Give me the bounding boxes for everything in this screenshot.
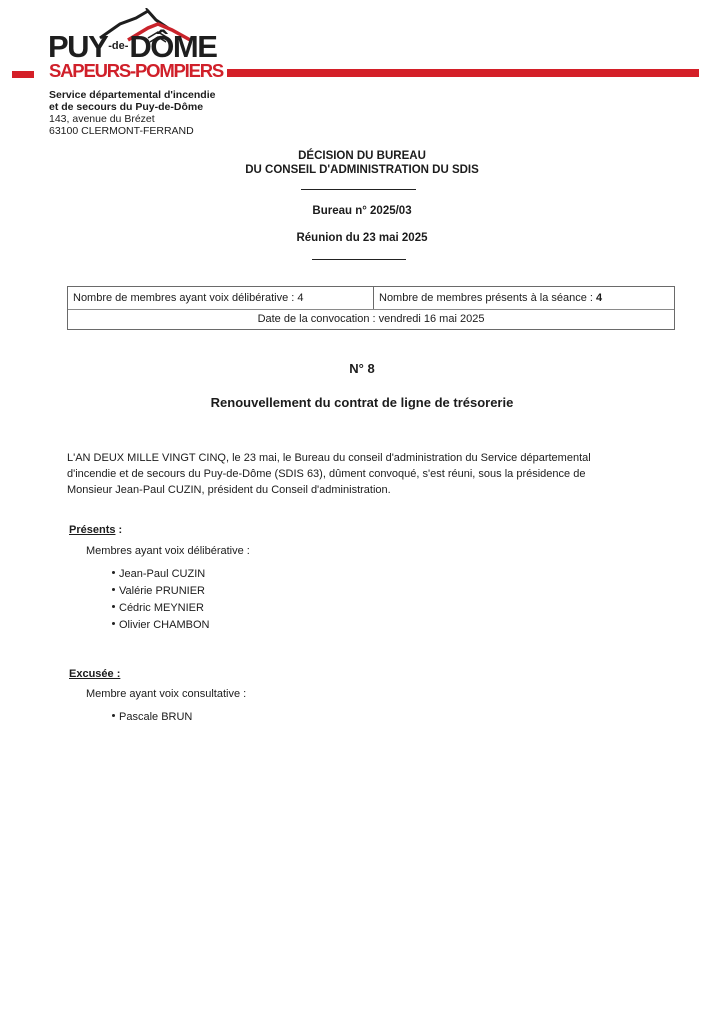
member-name: Cédric MEYNIER	[119, 602, 204, 614]
member-name: Jean-Paul CUZIN	[119, 568, 205, 580]
document-title: DÉCISION DU BUREAU DU CONSEIL D'ADMINIST…	[0, 149, 724, 177]
org-name-line-1: Service départemental d'incendie	[49, 89, 215, 101]
intro-line: L'AN DEUX MILLE VINGT CINQ, le 23 mai, l…	[67, 450, 657, 466]
org-name-line-2: et de secours du Puy-de-Dôme	[49, 101, 215, 113]
title-line-1: DÉCISION DU BUREAU	[0, 149, 724, 163]
bureau-number: Bureau n° 2025/03	[0, 205, 724, 217]
voting-members-label: Nombre de membres ayant voix délibérativ…	[73, 292, 297, 304]
meeting-date: Réunion du 23 mai 2025	[0, 232, 724, 244]
intro-line: Monsieur Jean-Paul CUZIN, président du C…	[67, 482, 657, 498]
present-subheading: Membres ayant voix délibérative :	[86, 545, 250, 557]
excused-heading: Excusée :	[69, 668, 120, 680]
present-members-label: Nombre de membres présents à la séance :	[379, 292, 596, 304]
bullet-icon	[112, 571, 115, 574]
bullet-icon	[112, 588, 115, 591]
list-item: Pascale BRUN	[112, 709, 192, 726]
decision-number: N° 8	[0, 361, 724, 376]
present-members-cell: Nombre de membres présents à la séance :…	[374, 287, 674, 309]
voting-members-value: 4	[297, 292, 303, 304]
member-name: Olivier CHAMBON	[119, 619, 209, 631]
divider	[312, 259, 406, 260]
attendance-table: Nombre de membres ayant voix délibérativ…	[67, 286, 675, 330]
intro-line: d'incendie et de secours du Puy-de-Dôme …	[67, 466, 657, 482]
brand-bar-left	[12, 71, 34, 78]
member-name: Valérie PRUNIER	[119, 585, 205, 597]
address-line-1: 143, avenue du Brézet	[49, 113, 215, 125]
list-item: Valérie PRUNIER	[112, 583, 205, 600]
title-line-2: DU CONSEIL D'ADMINISTRATION DU SDIS	[0, 163, 724, 177]
list-item: Olivier CHAMBON	[112, 617, 209, 634]
brand-bar-right	[227, 69, 699, 77]
logo-word-dome: DÔME	[129, 29, 216, 64]
list-item: Jean-Paul CUZIN	[112, 566, 205, 583]
logo-word-de: -de-	[108, 40, 128, 52]
member-name: Pascale BRUN	[119, 711, 192, 723]
logo-subtitle: SAPEURS-POMPIERS	[49, 62, 223, 81]
excused-heading-text: Excusée :	[69, 668, 120, 680]
address-line-2: 63100 CLERMONT-FERRAND	[49, 125, 215, 137]
intro-paragraph: L'AN DEUX MILLE VINGT CINQ, le 23 mai, l…	[67, 450, 657, 498]
logo-title: PUY-de-DÔME	[48, 31, 216, 62]
excused-subheading: Membre ayant voix consultative :	[86, 688, 246, 700]
bullet-icon	[112, 714, 115, 717]
logo-word-puy: PUY	[48, 29, 107, 64]
present-members-value: 4	[596, 292, 602, 304]
present-heading-colon: :	[115, 524, 122, 536]
bullet-icon	[112, 622, 115, 625]
attendance-row: Nombre de membres ayant voix délibérativ…	[68, 287, 674, 310]
present-heading-text: Présents	[69, 524, 115, 536]
convocation-date: Date de la convocation : vendredi 16 mai…	[68, 309, 674, 330]
organization-block: Service départemental d'incendie et de s…	[49, 89, 215, 137]
divider	[301, 189, 416, 190]
list-item: Cédric MEYNIER	[112, 600, 204, 617]
decision-subject: Renouvellement du contrat de ligne de tr…	[0, 395, 724, 410]
bullet-icon	[112, 605, 115, 608]
present-heading: Présents :	[69, 524, 122, 536]
voting-members-cell: Nombre de membres ayant voix délibérativ…	[68, 287, 374, 309]
